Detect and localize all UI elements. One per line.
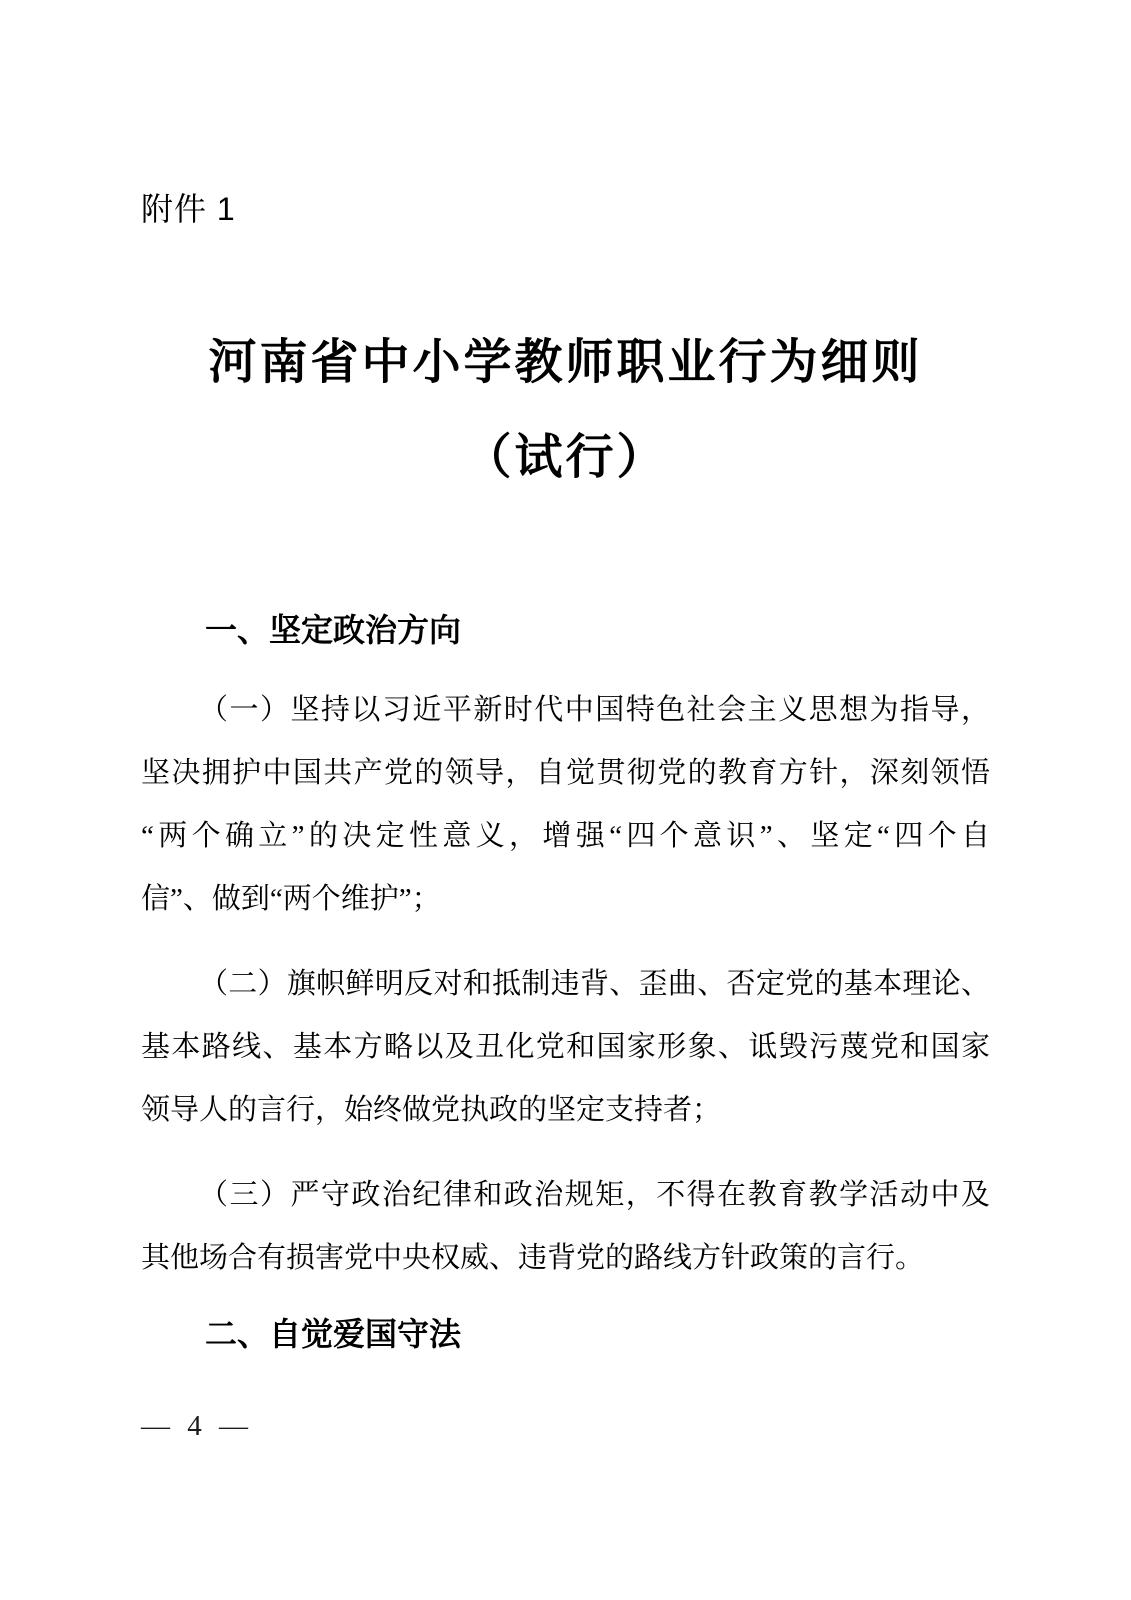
document-content: 附件 1 河南省中小学教师职业行为细则 （试行） 一、坚定政治方向 （一）坚持以… [0,0,1131,1356]
document-title: 河南省中小学教师职业行为细则 [141,333,990,393]
section-heading-1: 一、坚定政治方向 [141,608,990,652]
body-line: （二）旗帜鲜明反对和抵制违背、歪曲、否定党的基本理论、 [141,953,990,1016]
body-line: （一）坚持以习近平新时代中国特色社会主义思想为指导， [141,679,990,742]
body-line: 坚决拥护中国共产党的领导，自觉贯彻党的教育方针，深刻领悟 [141,742,990,805]
paragraph-3: （三）严守政治纪律和政治规矩，不得在教育教学活动中及 其他场合有损害党中央权威、… [141,1164,990,1290]
body-line: 信”、做到“两个维护”； [141,868,990,931]
body-line: “两个确立”的决定性意义，增强“四个意识”、坚定“四个自 [141,805,990,868]
body-line: （三）严守政治纪律和政治规矩，不得在教育教学活动中及 [141,1164,990,1227]
section-heading-2: 二、自觉爱国守法 [141,1312,990,1356]
document-subtitle: （试行） [141,428,990,488]
body-line: 领导人的言行，始终做党执政的坚定支持者； [141,1079,990,1142]
body-line: 基本路线、基本方略以及丑化党和国家形象、诋毁污蔑党和国家 [141,1016,990,1079]
attachment-label: 附件 1 [141,190,990,228]
paragraph-1: （一）坚持以习近平新时代中国特色社会主义思想为指导， 坚决拥护中国共产党的领导，… [141,679,990,931]
page-number: — 4 — [141,1406,253,1446]
body-line: 其他场合有损害党中央权威、违背党的路线方针政策的言行。 [141,1227,990,1290]
document-page: 附件 1 河南省中小学教师职业行为细则 （试行） 一、坚定政治方向 （一）坚持以… [0,0,1131,1600]
paragraph-2: （二）旗帜鲜明反对和抵制违背、歪曲、否定党的基本理论、 基本路线、基本方略以及丑… [141,953,990,1142]
